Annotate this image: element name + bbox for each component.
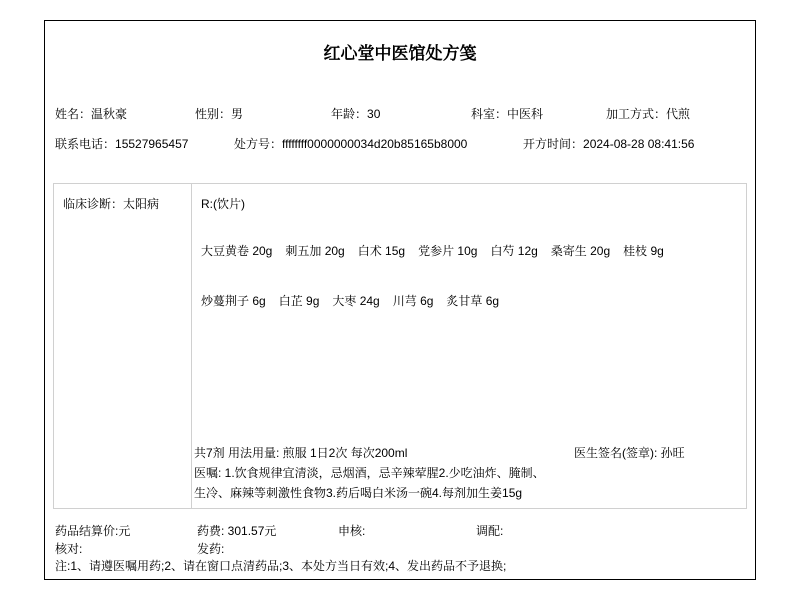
settlement-price-field: 药品结算价:元 bbox=[55, 524, 130, 539]
fee-value: 301.57元 bbox=[228, 524, 277, 538]
doctor-signature-field: 医生签名(签章): 孙旺 bbox=[574, 446, 685, 461]
patient-name-field: 姓名：温秋豪 bbox=[55, 107, 127, 122]
drug-item: 刺五加 20g bbox=[285, 244, 344, 259]
drug-line-2: 炒蔓荆子 6g白芷 9g大枣 24g川芎 6g炙甘草 6g bbox=[201, 294, 512, 309]
rx-header: R:(饮片) bbox=[201, 197, 245, 212]
prescription-time-label: 开方时间： bbox=[523, 137, 583, 151]
check-field: 核对: bbox=[55, 542, 82, 557]
department-field: 科室：中医科 bbox=[471, 107, 543, 122]
drug-item: 桑寄生 20g bbox=[551, 244, 610, 259]
medical-advice-line-2: 生冷、麻辣等刺激性食物3.药后喝白米汤一碗4.每剂加生姜15g bbox=[194, 486, 522, 501]
drug-item: 党参片 10g bbox=[418, 244, 477, 259]
doctor-signature-label: 医生签名(签章): bbox=[574, 446, 661, 460]
processing-method-label: 加工方式： bbox=[606, 107, 666, 121]
settlement-price-value: 元 bbox=[118, 524, 130, 538]
phone-field: 联系电话：15527965457 bbox=[55, 137, 188, 152]
rx-box: 临床诊断：太阳病 R:(饮片) 大豆黄卷 20g刺五加 20g白术 15g党参片… bbox=[53, 183, 747, 509]
patient-name-value: 温秋豪 bbox=[91, 107, 127, 121]
dosage-usage-line: 共7剂 用法用量: 煎服 1日2次 每次200ml bbox=[194, 446, 407, 461]
patient-age-value: 30 bbox=[367, 107, 380, 121]
doctor-signature-value: 孙旺 bbox=[661, 446, 685, 460]
prescription-no-field: 处方号：ffffffff0000000034d20b85165b8000 bbox=[234, 137, 467, 152]
patient-age-label: 年龄： bbox=[331, 107, 367, 121]
patient-name-label: 姓名： bbox=[55, 107, 91, 121]
drug-item: 桂枝 9g bbox=[623, 244, 664, 259]
drug-item: 白芍 12g bbox=[490, 244, 537, 259]
drug-item: 白术 15g bbox=[358, 244, 405, 259]
drug-item: 大枣 24g bbox=[332, 294, 379, 309]
clinical-diagnosis-field: 临床诊断：太阳病 bbox=[63, 197, 159, 212]
medical-advice-line-1: 医嘱: 1.饮食规律宜清淡，忌烟酒，忌辛辣荤腥2.少吃油炸、腌制、 bbox=[194, 466, 545, 481]
phone-value: 15527965457 bbox=[115, 137, 188, 151]
patient-gender-value: 男 bbox=[231, 107, 243, 121]
patient-gender-label: 性别： bbox=[195, 107, 231, 121]
clinical-diagnosis-value: 太阳病 bbox=[123, 197, 159, 211]
issue-field: 发药: bbox=[197, 542, 224, 557]
patient-gender-field: 性别：男 bbox=[195, 107, 243, 122]
drug-item: 炒蔓荆子 6g bbox=[201, 294, 266, 309]
prescription-screenshot: 红心堂中医馆处方笺 姓名：温秋豪 性别：男 年龄：30 科室：中医科 加工方式：… bbox=[0, 0, 800, 600]
fee-field: 药费: 301.57元 bbox=[197, 524, 276, 539]
dispense-field: 调配: bbox=[476, 524, 503, 539]
drug-line-1: 大豆黄卷 20g刺五加 20g白术 15g党参片 10g白芍 12g桑寄生 20… bbox=[201, 244, 677, 259]
drug-item: 大豆黄卷 20g bbox=[201, 244, 272, 259]
drug-item: 川芎 6g bbox=[393, 294, 434, 309]
note-line: 注:1、请遵医嘱用药;2、请在窗口点清药品;3、本处方当日有效;4、发出药品不予… bbox=[55, 559, 506, 574]
patient-age-field: 年龄：30 bbox=[331, 107, 380, 122]
settlement-price-label: 药品结算价: bbox=[55, 524, 118, 538]
diagnosis-cell: 临床诊断：太阳病 bbox=[54, 184, 192, 508]
department-label: 科室： bbox=[471, 107, 507, 121]
phone-label: 联系电话： bbox=[55, 137, 115, 151]
page-title: 红心堂中医馆处方笺 bbox=[45, 39, 755, 64]
processing-method-field: 加工方式：代煎 bbox=[606, 107, 690, 122]
prescription-no-value: ffffffff0000000034d20b85165b8000 bbox=[282, 137, 467, 151]
rx-cell: R:(饮片) 大豆黄卷 20g刺五加 20g白术 15g党参片 10g白芍 12… bbox=[192, 184, 746, 508]
prescription-sheet: 红心堂中医馆处方笺 姓名：温秋豪 性别：男 年龄：30 科室：中医科 加工方式：… bbox=[44, 20, 756, 580]
prescription-time-field: 开方时间：2024-08-28 08:41:56 bbox=[523, 137, 694, 152]
department-value: 中医科 bbox=[507, 107, 543, 121]
prescription-no-label: 处方号： bbox=[234, 137, 282, 151]
clinical-diagnosis-label: 临床诊断： bbox=[63, 197, 123, 211]
review-field: 申核: bbox=[338, 524, 365, 539]
processing-method-value: 代煎 bbox=[666, 107, 690, 121]
fee-label: 药费: bbox=[197, 524, 228, 538]
drug-item: 炙甘草 6g bbox=[446, 294, 499, 309]
prescription-time-value: 2024-08-28 08:41:56 bbox=[583, 137, 694, 151]
drug-item: 白芷 9g bbox=[279, 294, 320, 309]
